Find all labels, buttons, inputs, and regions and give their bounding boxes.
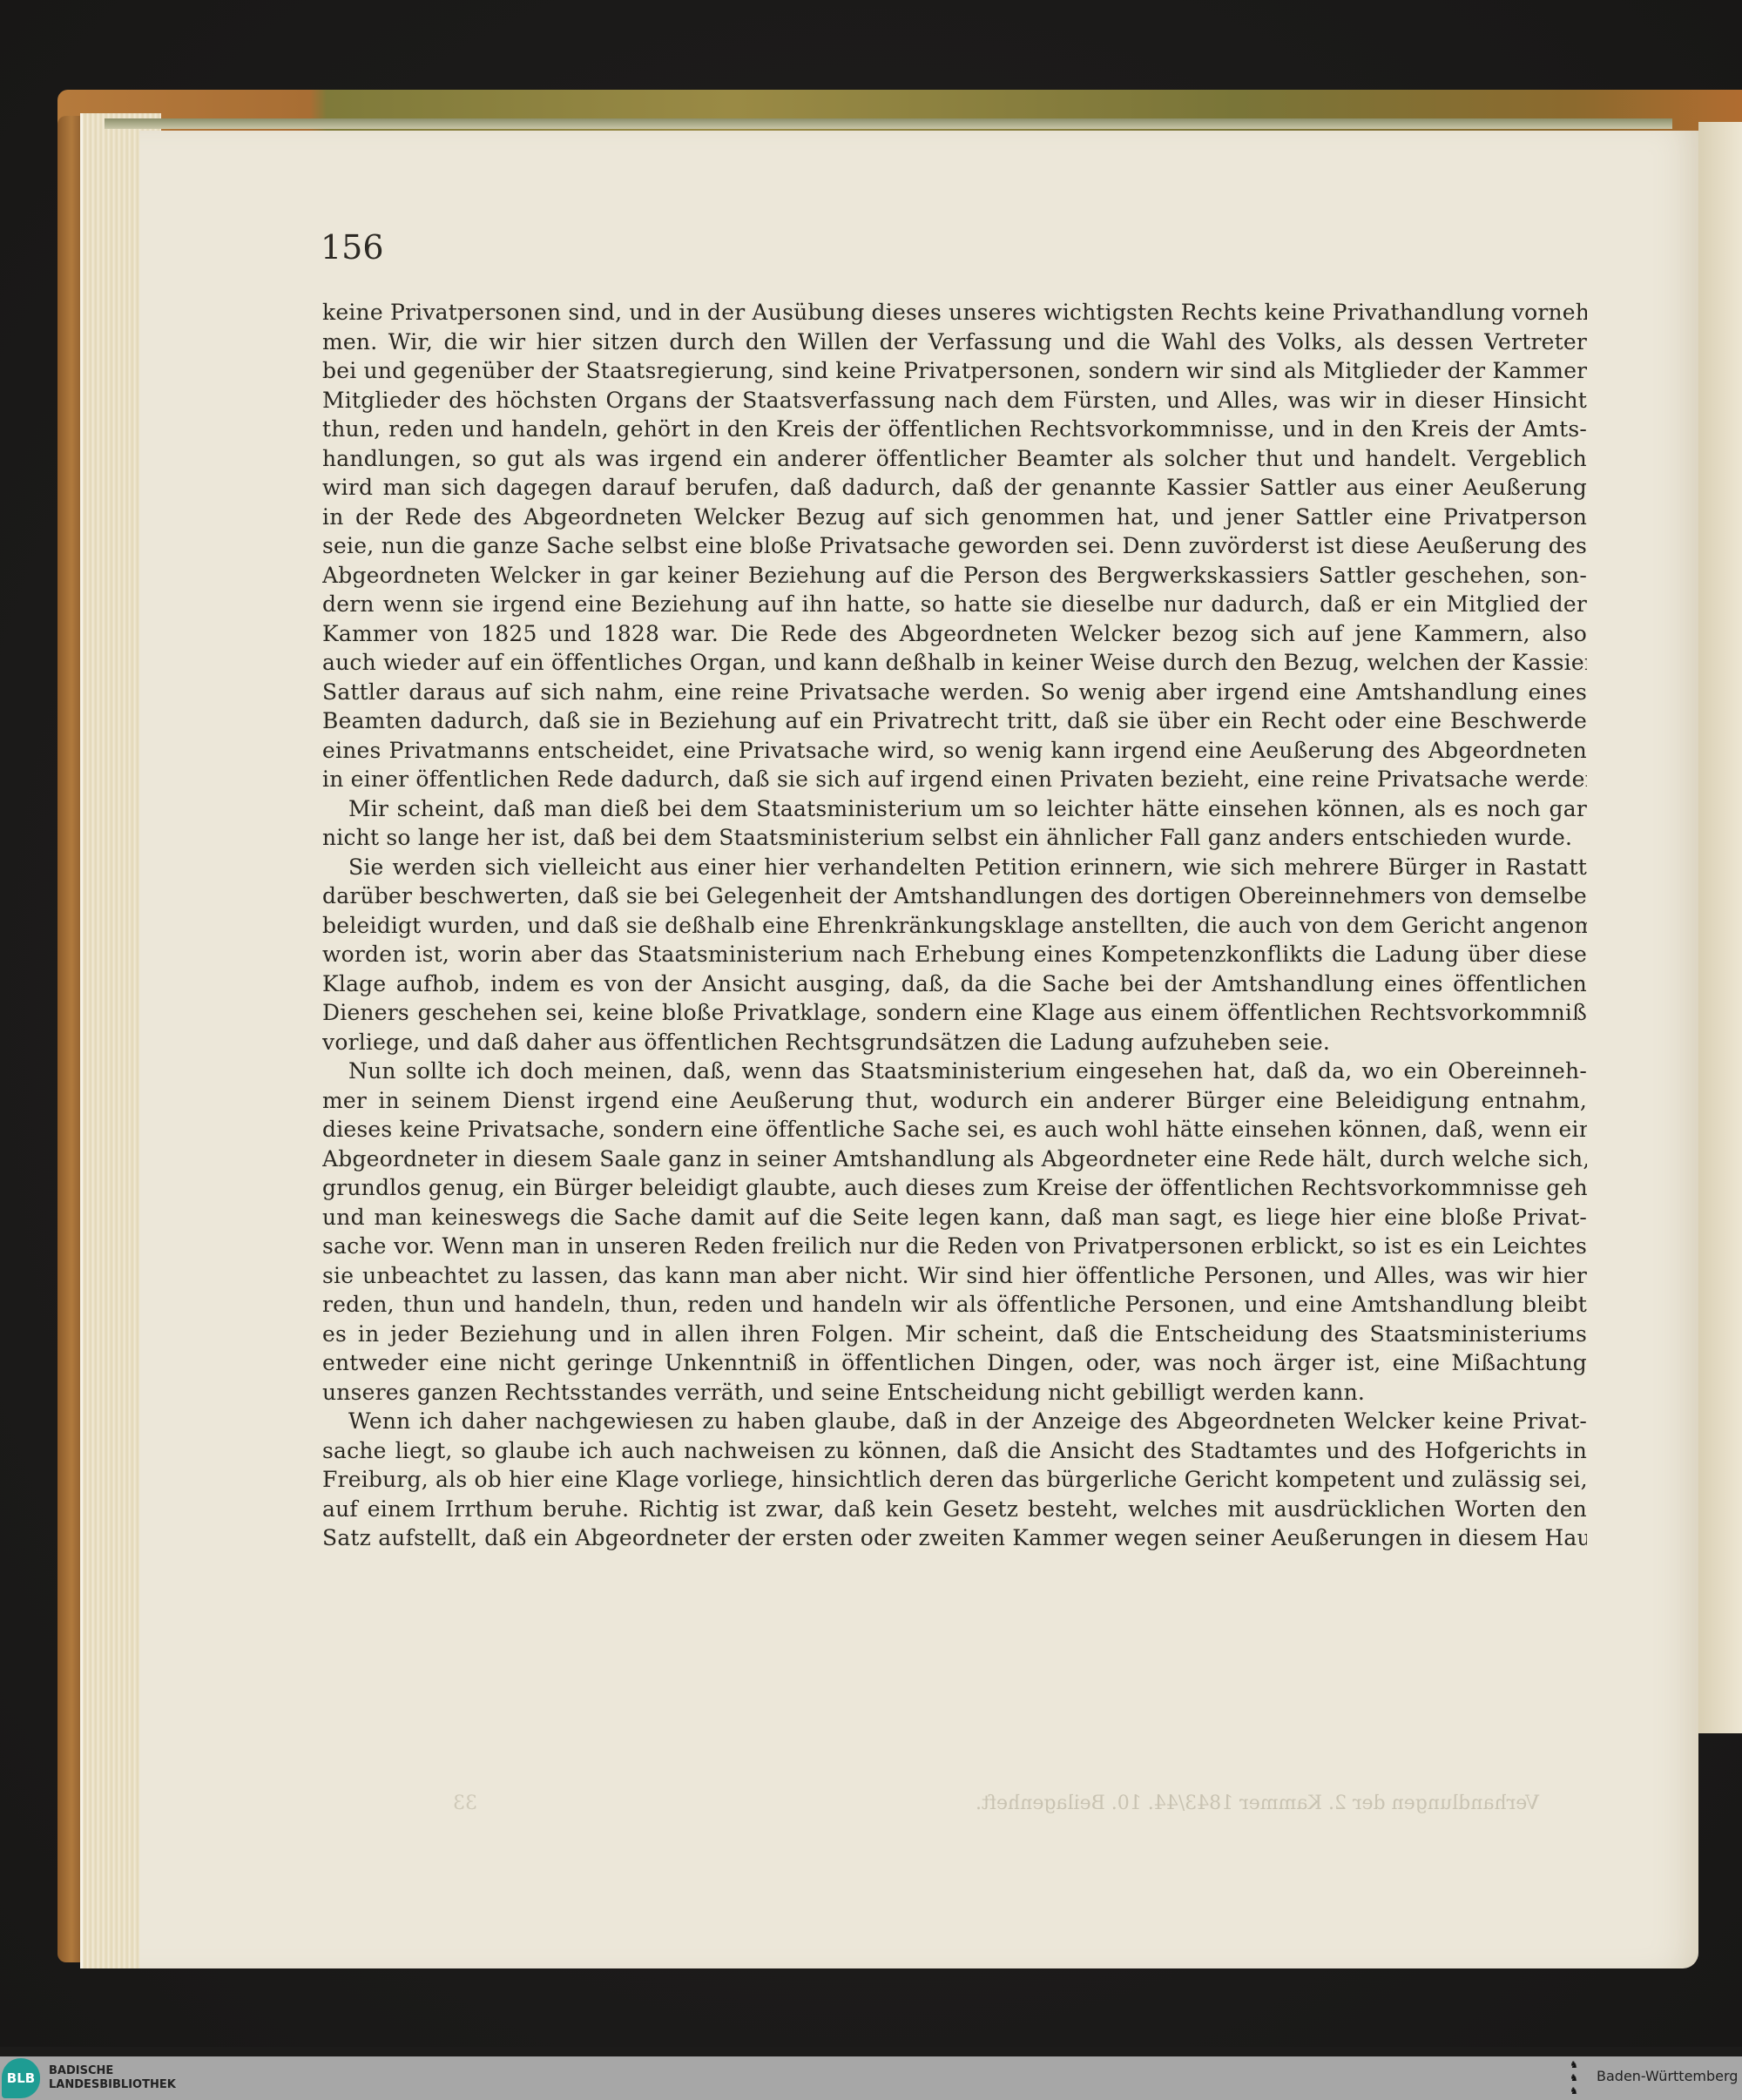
bleed-through-footer-text: Verhandlungen der 2. Kammer 1843/44. 10.…	[976, 1793, 1539, 1814]
text-line: reden, thun und handeln, thun, reden und…	[322, 1290, 1587, 1320]
text-line: Beamten dadurch, daß sie in Beziehung au…	[322, 706, 1587, 736]
text-line: in der Rede des Abgeordneten Welcker Bez…	[322, 503, 1587, 532]
three-lions-icon: ♞ ♞ ♞	[1562, 2059, 1586, 2097]
text-line: mer in seinem Dienst irgend eine Aeußeru…	[322, 1086, 1587, 1116]
body-text: keine Privatpersonen sind, und in der Au…	[322, 298, 1587, 1553]
text-line: es in jeder Beziehung und in allen ihren…	[322, 1320, 1587, 1349]
text-line: in einer öffentlichen Rede dadurch, daß …	[322, 765, 1587, 794]
text-line: men. Wir, die wir hier sitzen durch den …	[322, 327, 1587, 357]
text-line: keine Privatpersonen sind, und in der Au…	[322, 298, 1587, 327]
text-line: unseres ganzen Rechtsstandes verräth, un…	[322, 1378, 1587, 1408]
footer-bar	[0, 2056, 1742, 2100]
paragraph-start-line: Wenn ich daher nachgewiesen zu haben gla…	[322, 1407, 1587, 1436]
text-line: Dieners geschehen sei, keine bloße Priva…	[322, 998, 1587, 1028]
text-line: sache liegt, so glaube ich auch nachweis…	[322, 1436, 1587, 1466]
blb-logo-text: BLB	[7, 2070, 35, 2086]
lion-icon: ♞	[1570, 2085, 1578, 2097]
text-line: Kammer von 1825 und 1828 war. Die Rede d…	[322, 619, 1587, 649]
text-line: bei und gegenüber der Staatsregierung, s…	[322, 356, 1587, 386]
text-line: wird man sich dagegen darauf berufen, da…	[322, 473, 1587, 503]
lion-icon: ♞	[1570, 2072, 1578, 2084]
text-line: sie unbeachtet zu lassen, das kann man a…	[322, 1261, 1587, 1291]
text-line: auf einem Irrthum beruhe. Richtig ist zw…	[322, 1495, 1587, 1524]
text-line: darüber beschwerten, daß sie bei Gelegen…	[322, 881, 1587, 911]
text-line: eines Privatmanns entscheidet, eine Priv…	[322, 736, 1587, 766]
text-line: Klage aufhob, indem es von der Ansicht a…	[322, 969, 1587, 999]
facing-page-edge	[1698, 122, 1742, 1733]
text-line: sache vor. Wenn man in unseren Reden fre…	[322, 1232, 1587, 1261]
text-line: vorliege, und daß daher aus öffentlichen…	[322, 1028, 1587, 1057]
text-line: dieses keine Privatsache, sondern eine ö…	[322, 1115, 1587, 1145]
page-number: 156	[321, 228, 384, 267]
state-name[interactable]: Baden-Württemberg	[1597, 2068, 1738, 2084]
text-line: worden ist, worin aber das Staatsministe…	[322, 940, 1587, 969]
bleed-through-page-number: 33	[453, 1793, 477, 1814]
text-line: grundlos genug, ein Bürger beleidigt gla…	[322, 1173, 1587, 1203]
text-line: Abgeordneten Welcker in gar keiner Bezie…	[322, 561, 1587, 591]
lion-icon: ♞	[1570, 2059, 1578, 2071]
library-name-line2: LANDESBIBLIOTHEK	[49, 2078, 176, 2092]
library-name[interactable]: BADISCHE LANDESBIBLIOTHEK	[49, 2064, 176, 2092]
text-line: Mitglieder des höchsten Organs der Staat…	[322, 386, 1587, 415]
paragraph-start-line: Nun sollte ich doch meinen, daß, wenn da…	[322, 1057, 1587, 1086]
text-line: dern wenn sie irgend eine Beziehung auf …	[322, 590, 1587, 619]
text-line: Satz aufstellt, daß ein Abgeordneter der…	[322, 1523, 1587, 1553]
text-line: beleidigt wurden, und daß sie deßhalb ei…	[322, 911, 1587, 941]
text-line: handlungen, so gut als was irgend ein an…	[322, 444, 1587, 474]
text-line: thun, reden und handeln, gehört in den K…	[322, 415, 1587, 444]
paragraph-start-line: Sie werden sich vielleicht aus einer hie…	[322, 853, 1587, 882]
paragraph-start-line: Mir scheint, daß man dieß bei dem Staats…	[322, 794, 1587, 824]
text-line: auch wieder auf ein öffentliches Organ, …	[322, 648, 1587, 678]
text-line: Abgeordneter in diesem Saale ganz in sei…	[322, 1145, 1587, 1174]
text-line: entweder eine nicht geringe Unkenntniß i…	[322, 1348, 1587, 1378]
text-line: nicht so lange her ist, daß bei dem Staa…	[322, 823, 1587, 853]
page-top-edge	[105, 118, 1672, 129]
text-line: Freiburg, als ob hier eine Klage vorlieg…	[322, 1465, 1587, 1495]
text-line: Sattler daraus auf sich nahm, eine reine…	[322, 678, 1587, 707]
text-line: und man keineswegs die Sache damit auf d…	[322, 1203, 1587, 1232]
library-name-line1: BADISCHE	[49, 2064, 176, 2078]
blb-logo-icon[interactable]: BLB	[2, 2058, 40, 2098]
text-line: seie, nun die ganze Sache selbst eine bl…	[322, 531, 1587, 561]
